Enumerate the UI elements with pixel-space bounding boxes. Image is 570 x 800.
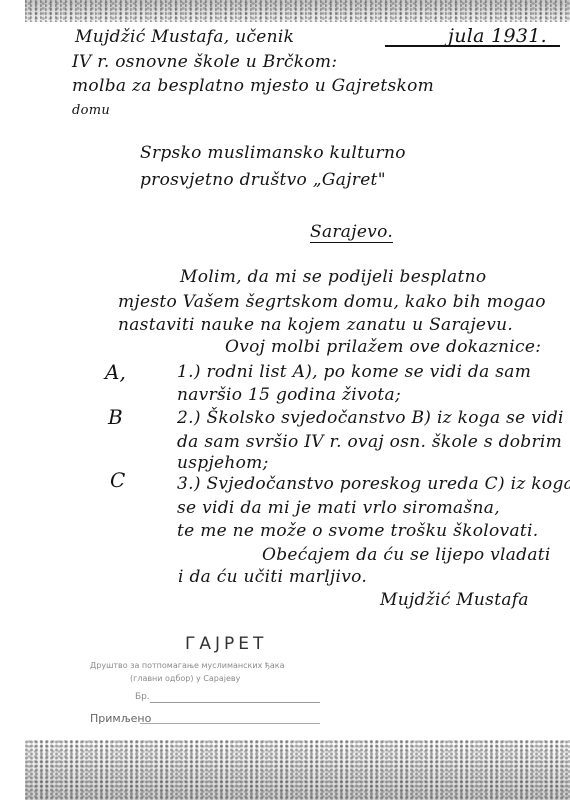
closing-line-1: Obećajem da ću se lijepo vladati — [262, 545, 551, 565]
enclosure-3-line-2: se vidi da mi je mati vrlo siromašna, — [177, 498, 500, 518]
scan-noise-top — [25, 0, 570, 22]
enclosure-2-line-2: da sam svršio IV r. ovaj osn. škole s do… — [177, 432, 562, 452]
stamp-number-label: Бр. — [135, 692, 150, 702]
enclosure-3-line-1: 3.) Svjedočanstvo poreskog ureda C) iz k… — [177, 474, 570, 494]
sender-line-2: IV r. osnovne škole u Brčkom: — [72, 52, 337, 72]
enclosure-marker-b: B — [108, 405, 123, 429]
enclosure-2-line-3: uspjehom; — [177, 453, 269, 473]
scan-noise-bottom — [25, 740, 570, 800]
body-line-1: Molim, da mi se podijeli besplatno — [180, 267, 486, 287]
subject-line-1: molba za besplatno mjesto u Gajretskom — [72, 76, 434, 96]
stamp-title: ГАЈРЕТ — [185, 634, 267, 654]
date: jula 1931. — [448, 25, 547, 47]
sender-line-1: Mujdžić Mustafa, učenik — [75, 27, 294, 47]
body-line-3: nastaviti nauke na kojem zanatu u Saraje… — [118, 315, 513, 335]
enclosure-2-line-1: 2.) Školsko svjedočanstvo B) iz koga se … — [177, 408, 564, 428]
date-underline — [385, 45, 560, 47]
stamp-line-2: (главни одбор) у Сарајеву — [130, 674, 240, 683]
stamp-number-rule — [150, 702, 320, 703]
addressee-line-2: prosvjetno društvo „Gajret" — [140, 170, 386, 190]
stamp-line-1: Друштво за потпомагање муслиманских ђака — [90, 661, 285, 670]
enclosure-1-line-2: navršio 15 godina života; — [177, 385, 401, 405]
enclosure-3-line-3: te me ne može o svome trošku školovati. — [177, 521, 538, 541]
body-line-2: mjesto Vašem šegrtskom domu, kako bih mo… — [118, 292, 546, 312]
subject-line-2: domu — [72, 103, 110, 118]
signature: Mujdžić Mustafa — [380, 590, 529, 610]
enclosures-intro: Ovoj molbi prilažem ove dokaznice: — [225, 337, 541, 357]
addressee-city: Sarajevo. — [310, 222, 393, 243]
addressee-line-1: Srpsko muslimansko kulturno — [140, 143, 406, 163]
enclosure-1-line-1: 1.) rodni list A), po kome se vidi da sa… — [177, 362, 531, 382]
enclosure-marker-c: C — [110, 468, 125, 492]
closing-line-2: i da ću učiti marljivo. — [178, 567, 367, 587]
enclosure-marker-a: A, — [105, 360, 126, 384]
gajret-stamp: ГАЈРЕТ Друштво за потпомагање муслиманск… — [90, 628, 350, 728]
stamp-received-rule — [140, 723, 320, 724]
